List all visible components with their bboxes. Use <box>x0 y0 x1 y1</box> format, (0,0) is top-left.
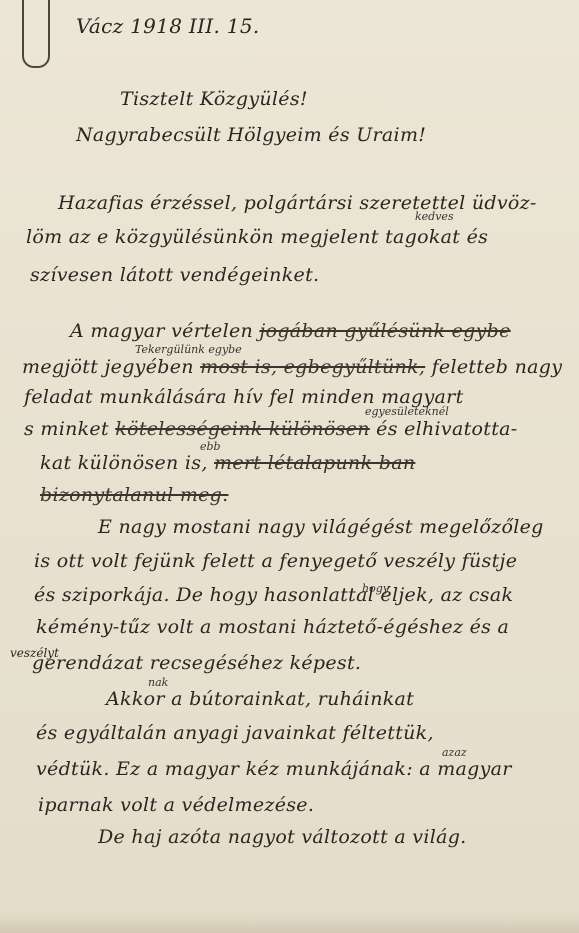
text-line: és sziporkája. De hogy hasonlattal éljek… <box>34 584 513 606</box>
struck-text: bizonytalanul meg. <box>40 484 228 506</box>
manuscript-page: Vácz 1918 III. 15. Tisztelt Közgyülés! N… <box>0 0 579 933</box>
text-segment: megjött jegyében <box>22 356 194 378</box>
text-line: kat különösen is, mert létalapunk ban <box>40 452 415 474</box>
text-line: E nagy mostani nagy világégést megelőzől… <box>98 516 544 538</box>
text-line: feladat munkálására hív fel minden magya… <box>24 386 464 408</box>
text-line: bizonytalanul meg. <box>40 484 228 506</box>
struck-text: kötelességeink különösen <box>115 418 370 440</box>
salutation-line-1: Tisztelt Közgyülés! <box>120 88 308 110</box>
text-line: löm az e közgyülésünkön megjelent tagoka… <box>26 226 488 248</box>
text-line: gerendázat recsegéséhez képest. <box>32 652 361 674</box>
text-segment: kat különösen is, <box>40 452 208 474</box>
text-line: és egyáltalán anyagi javainkat féltettük… <box>36 722 434 744</box>
struck-text: jogában gyűlésünk egybe <box>259 320 510 342</box>
text-segment: feladat munkálására hív fel <box>24 386 295 408</box>
text-segment: A magyar vértelen <box>70 320 253 342</box>
text-line: A magyar vértelen jogában gyűlésünk egyb… <box>70 320 511 342</box>
salutation-line-2: Nagyrabecsült Hölgyeim és Uraim! <box>76 124 426 146</box>
text-line: iparnak volt a védelmezése. <box>38 794 314 816</box>
paper-clip-icon <box>22 0 50 68</box>
text-line: Akkor a bútorainkat, ruháinkat <box>106 688 414 710</box>
text-line: s minket kötelességeink különösen és elh… <box>24 418 517 440</box>
struck-text: mert létalapunk ban <box>214 452 415 474</box>
text-line: megjött jegyében most is, egbegyűltünk, … <box>22 356 562 378</box>
text-segment: s minket <box>24 418 109 440</box>
text-line: kémény-tűz volt a mostani háztető-égéshe… <box>36 616 509 638</box>
insertion: Tekergülünk egybe <box>135 343 242 356</box>
text-line: is ott volt fejünk felett a fenyegető ve… <box>34 550 517 572</box>
text-line: De haj azóta nagyot változott a világ. <box>98 826 467 848</box>
date-line: Vácz 1918 III. 15. <box>76 14 260 38</box>
text-line: Hazafias érzéssel, polgártársi szeretett… <box>58 192 537 214</box>
text-segment: feletteb nagy <box>432 356 563 378</box>
struck-text: most is, egbegyűltünk, <box>200 356 425 378</box>
text-line: védtük. Ez a magyar kéz munkájának: a ma… <box>36 758 512 780</box>
text-segment: és elhivatotta- <box>376 418 517 440</box>
text-line: szívesen látott vendégeinket. <box>30 264 319 286</box>
text-segment: minden magyart <box>301 386 464 408</box>
insertion: kedves <box>415 210 454 223</box>
